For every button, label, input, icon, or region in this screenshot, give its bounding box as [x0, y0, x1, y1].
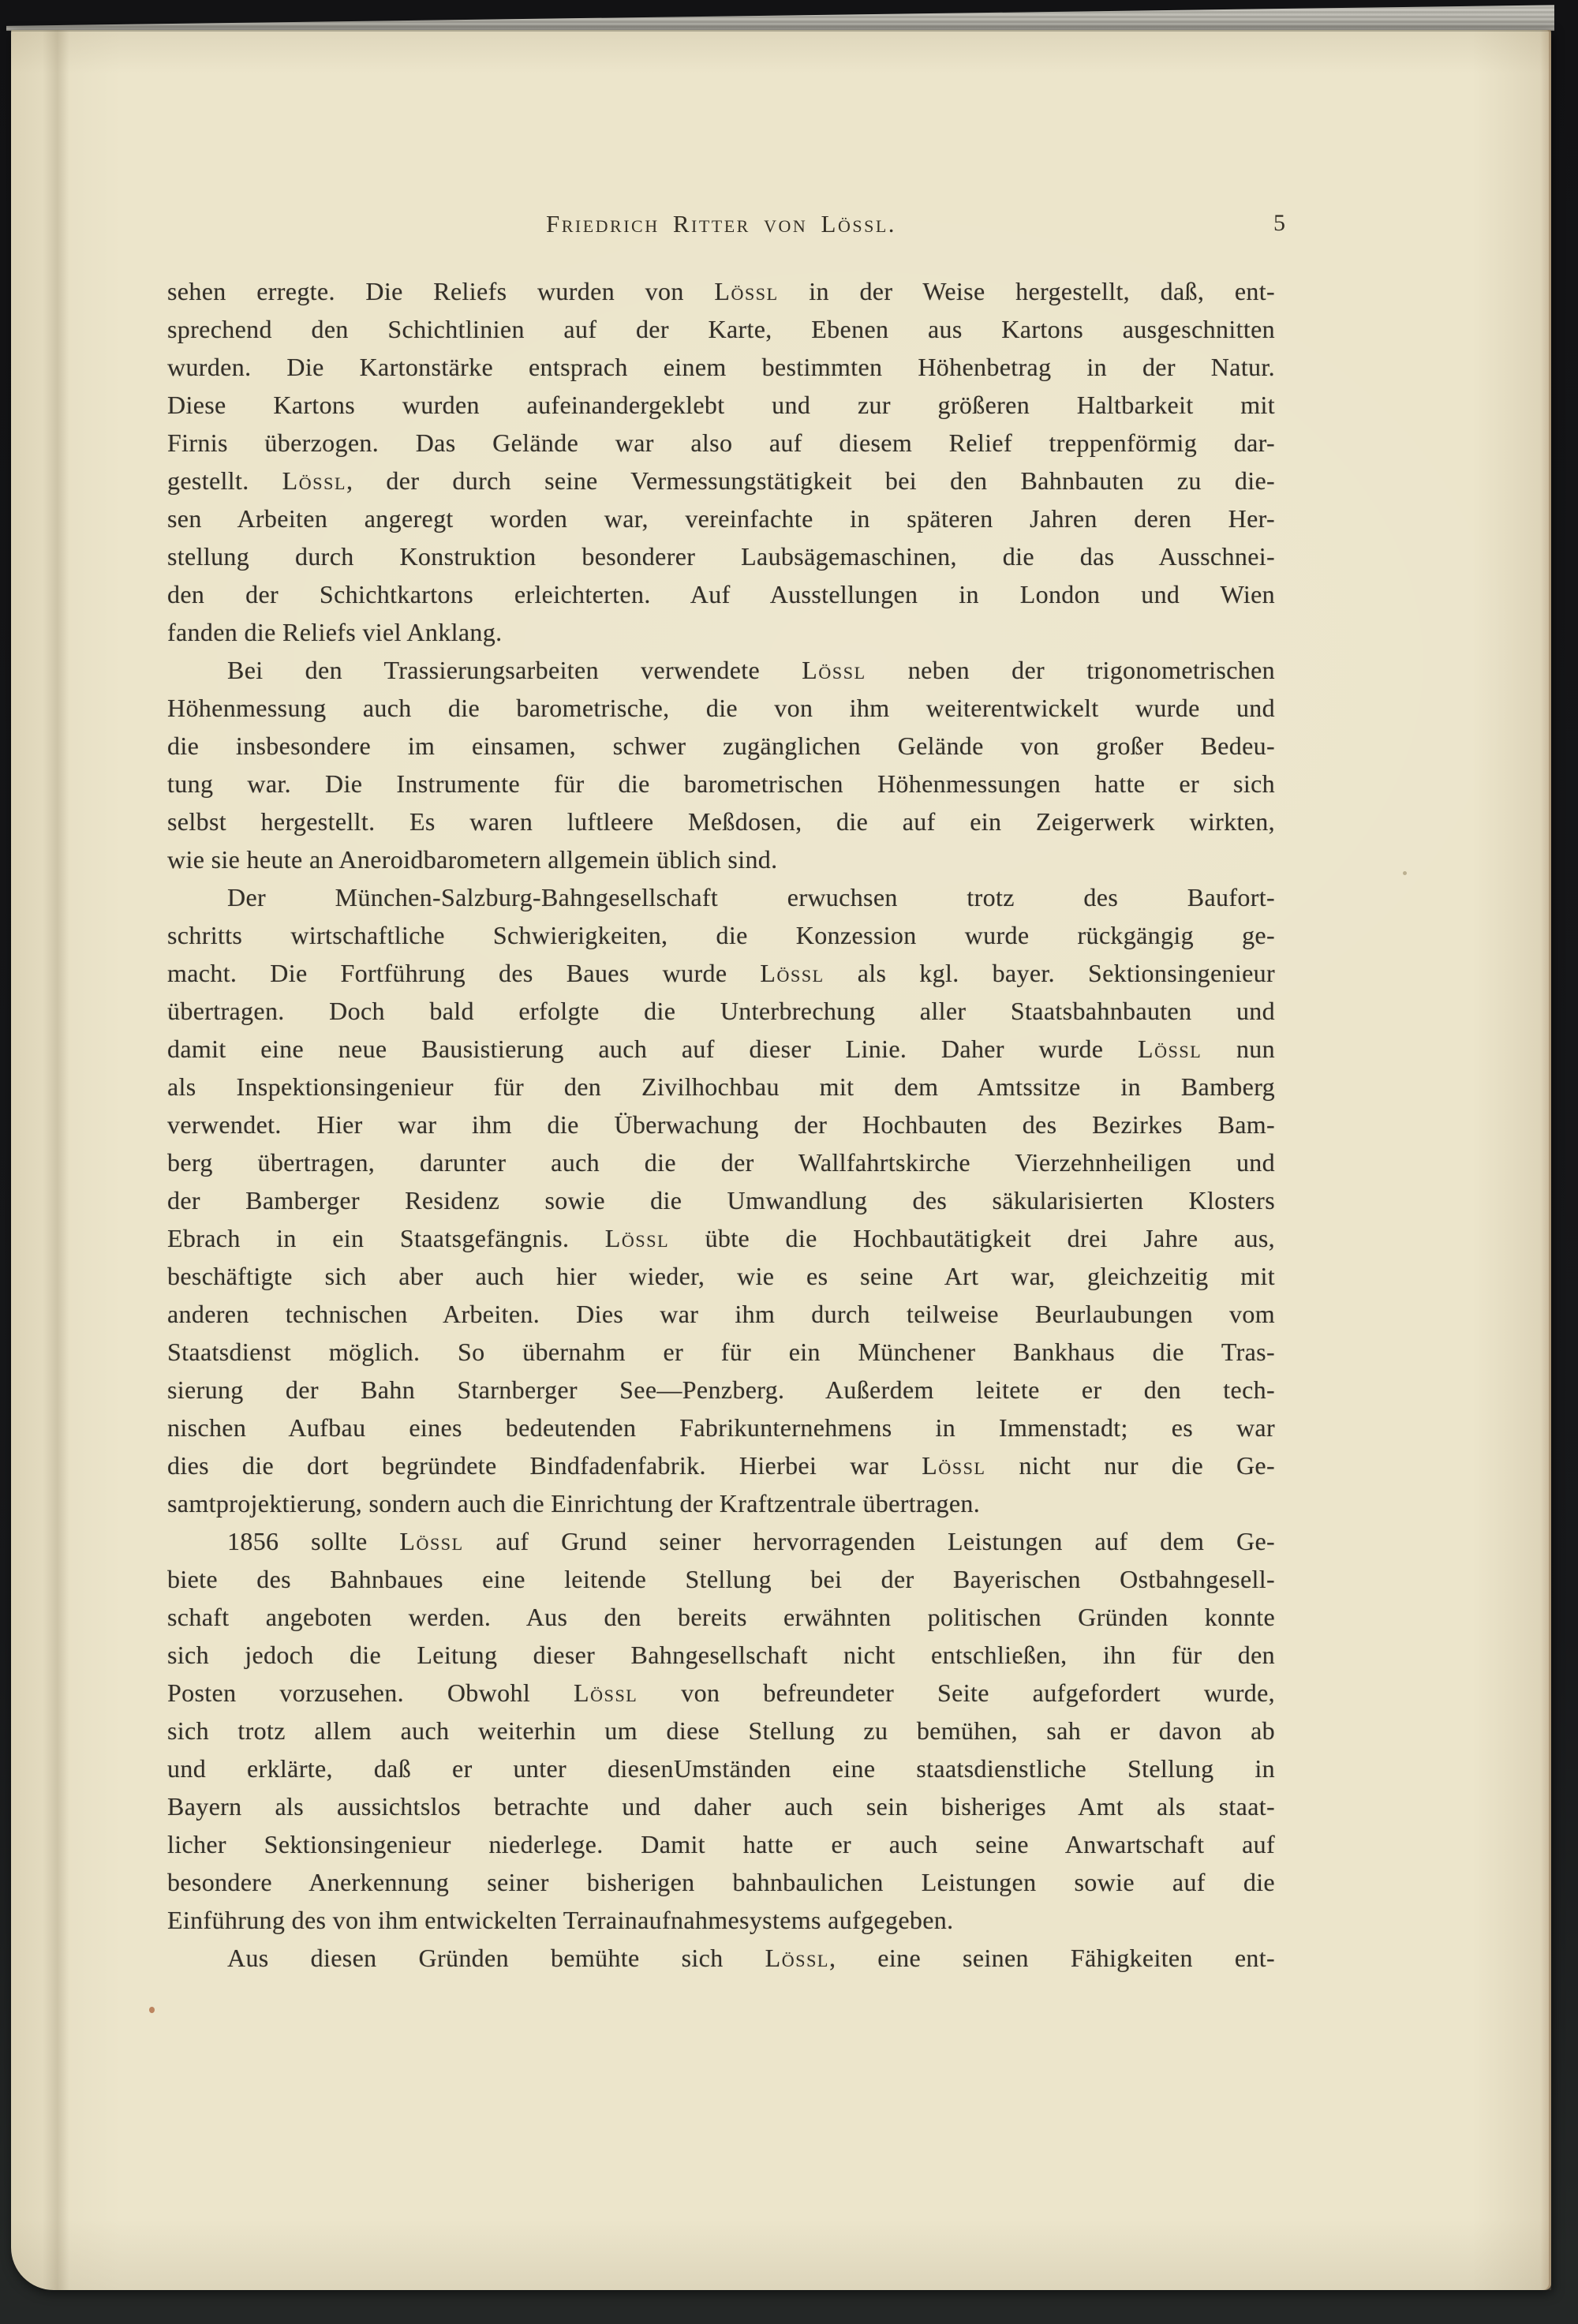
paragraph: Aus diesen Gründen bemühte sich Lössl, e…: [167, 1939, 1275, 1977]
text-line: den der Schichtkartons erleichterten. Au…: [167, 575, 1275, 613]
text-line: Der München-Salzburg-Bahngesellschaft er…: [167, 878, 1275, 916]
text-line: 1856 sollte Lössl auf Grund seiner hervo…: [167, 1522, 1275, 1560]
text-line: Höhenmessung auch die barometrische, die…: [167, 689, 1275, 727]
text-line: biete des Bahnbaues eine leitende Stellu…: [167, 1560, 1275, 1598]
text-line: sehen erregte. Die Reliefs wurden von Lö…: [167, 272, 1275, 310]
text-line: Diese Kartons wurden aufeinandergeklebt …: [167, 386, 1275, 424]
text-line: sich jedoch die Leitung dieser Bahngesel…: [167, 1636, 1275, 1674]
text-line: verwendet. Hier war ihm die Überwachung …: [167, 1106, 1275, 1143]
text-line: wurden. Die Kartonstärke entsprach einem…: [167, 348, 1275, 386]
text-line: Einführung des von ihm entwickelten Terr…: [167, 1901, 1275, 1939]
text-line: als Inspektionsingenieur für den Zivilho…: [167, 1068, 1275, 1106]
text-line: der Bamberger Residenz sowie die Umwandl…: [167, 1181, 1275, 1219]
book-top-edge: [6, 4, 1554, 31]
page-header: Friedrich Ritter von Lössl. 5: [167, 210, 1275, 245]
text-line: die insbesondere im einsamen, schwer zug…: [167, 727, 1275, 765]
text-line: sen Arbeiten angeregt worden war, verein…: [167, 500, 1275, 537]
text-line: Staatsdienst möglich. So übernahm er für…: [167, 1333, 1275, 1371]
text-line: wie sie heute an Aneroidbarometern allge…: [167, 840, 1275, 878]
text-line: und erklärte, daß er unter diesenUmständ…: [167, 1750, 1275, 1787]
paragraph: Bei den Trassierungsarbeiten verwendete …: [167, 651, 1275, 878]
text-line: gestellt. Lössl, der durch seine Vermess…: [167, 462, 1275, 500]
text-line: macht. Die Fortführung des Baues wurde L…: [167, 954, 1275, 992]
text-line: Aus diesen Gründen bemühte sich Lössl, e…: [167, 1939, 1275, 1977]
paper-speck: [1403, 871, 1407, 875]
text-line: sich trotz allem auch weiterhin um diese…: [167, 1712, 1275, 1750]
page-paper: Friedrich Ritter von Lössl. 5 sehen erre…: [11, 30, 1551, 2290]
page-text: sehen erregte. Die Reliefs wurden von Lö…: [167, 272, 1275, 1977]
text-line: beschäftigte sich aber auch hier wieder,…: [167, 1257, 1275, 1295]
paper-speck: [149, 2007, 155, 2013]
text-line: nischen Aufbau eines bedeutenden Fabriku…: [167, 1409, 1275, 1446]
text-line: Bayern als aussichtslos betrachte und da…: [167, 1787, 1275, 1825]
text-line: Firnis überzogen. Das Gelände war also a…: [167, 424, 1275, 462]
paragraph: 1856 sollte Lössl auf Grund seiner hervo…: [167, 1522, 1275, 1939]
text-line: tung war. Die Instrumente für die barome…: [167, 765, 1275, 803]
text-line: Bei den Trassierungsarbeiten verwendete …: [167, 651, 1275, 689]
text-line: anderen technischen Arbeiten. Dies war i…: [167, 1295, 1275, 1333]
text-line: sprechend den Schichtlinien auf der Kart…: [167, 310, 1275, 348]
text-line: fanden die Reliefs viel Anklang.: [167, 613, 1275, 651]
text-line: Posten vorzusehen. Obwohl Lössl von befr…: [167, 1674, 1275, 1712]
text-line: sierung der Bahn Starnberger See—Penzber…: [167, 1371, 1275, 1409]
page-number: 5: [1273, 210, 1286, 237]
text-line: übertragen. Doch bald erfolgte die Unter…: [167, 992, 1275, 1030]
text-line: selbst hergestellt. Es waren luftleere M…: [167, 803, 1275, 840]
paragraph: sehen erregte. Die Reliefs wurden von Lö…: [167, 272, 1275, 651]
text-line: stellung durch Konstruktion besonderer L…: [167, 537, 1275, 575]
text-line: dies die dort begründete Bindfadenfabrik…: [167, 1446, 1275, 1484]
text-line: schaft angeboten werden. Aus den bereits…: [167, 1598, 1275, 1636]
page-right-edge-shade: [1540, 30, 1551, 2290]
text-line: besondere Anerkennung seiner bisherigen …: [167, 1863, 1275, 1901]
page-title: Friedrich Ritter von Lössl.: [167, 210, 1275, 238]
paragraph: Der München-Salzburg-Bahngesellschaft er…: [167, 878, 1275, 1522]
text-line: damit eine neue Bausistierung auch auf d…: [167, 1030, 1275, 1068]
page-crease: [43, 30, 69, 2290]
scan-background: Friedrich Ritter von Lössl. 5 sehen erre…: [0, 0, 1578, 2324]
text-line: samtprojektierung, sondern auch die Einr…: [167, 1484, 1275, 1522]
text-line: schritts wirtschaftliche Schwierigkeiten…: [167, 916, 1275, 954]
text-line: licher Sektionsingenieur niederlege. Dam…: [167, 1825, 1275, 1863]
text-line: berg übertragen, darunter auch die der W…: [167, 1143, 1275, 1181]
text-line: Ebrach in ein Staatsgefängnis. Lössl übt…: [167, 1219, 1275, 1257]
